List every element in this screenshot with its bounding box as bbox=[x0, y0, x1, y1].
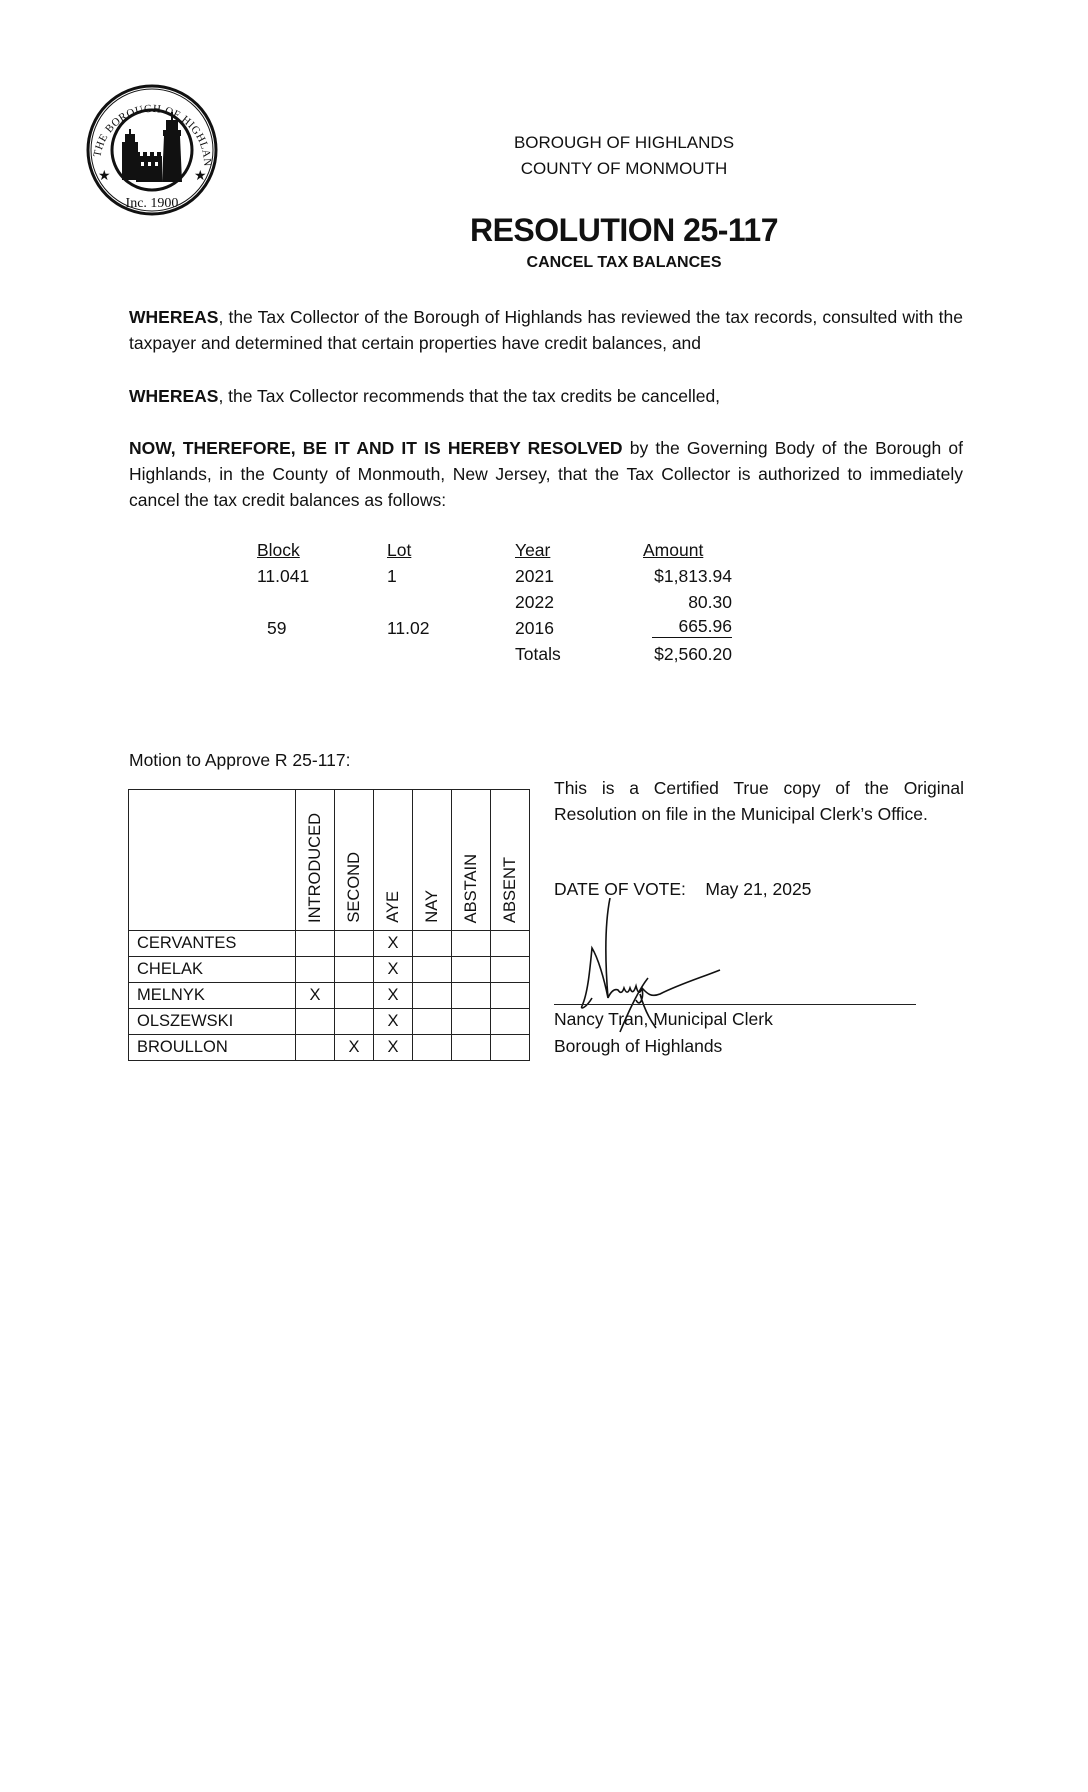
vote-row: CHELAKX bbox=[129, 957, 530, 983]
vote-mark-introduced bbox=[296, 1009, 335, 1035]
date-label: DATE OF VOTE: bbox=[554, 879, 686, 899]
vote-mark-introduced bbox=[296, 931, 335, 957]
vote-mark-nay bbox=[413, 1009, 452, 1035]
whereas-paragraph-1: WHEREAS, the Tax Collector of the Boroug… bbox=[129, 304, 963, 356]
borough-name: BOROUGH OF HIGHLANDS bbox=[80, 130, 1088, 156]
vote-mark-second bbox=[335, 983, 374, 1009]
whereas-paragraph-2: WHEREAS, the Tax Collector recommends th… bbox=[129, 383, 963, 409]
cell-amount: 665.96 bbox=[652, 615, 732, 638]
resolution-title: RESOLUTION 25-117 bbox=[80, 212, 1088, 249]
totals-label: Totals bbox=[515, 641, 561, 667]
vote-mark-introduced bbox=[296, 957, 335, 983]
whereas-text: , the Tax Collector recommends that the … bbox=[218, 386, 720, 406]
cell-amount: 80.30 bbox=[688, 589, 732, 615]
vote-mark-introduced bbox=[296, 1035, 335, 1061]
vote-mark-second: X bbox=[335, 1035, 374, 1061]
member-name: BROULLON bbox=[129, 1035, 296, 1061]
cell-amount: $1,813.94 bbox=[654, 563, 732, 589]
vote-mark-nay bbox=[413, 957, 452, 983]
svg-text:Inc. 1900: Inc. 1900 bbox=[126, 196, 179, 211]
vote-mark-aye: X bbox=[374, 957, 413, 983]
certification-text: This is a Certified True copy of the Ori… bbox=[554, 775, 964, 827]
col-header-year: Year bbox=[515, 537, 550, 563]
vote-mark-aye: X bbox=[374, 1035, 413, 1061]
vote-mark-abstain bbox=[452, 1009, 491, 1035]
vote-mark-second bbox=[335, 931, 374, 957]
vote-mark-abstain bbox=[452, 957, 491, 983]
vote-mark-absent bbox=[491, 1035, 530, 1061]
roll-call-vote-table: INTRODUCED SECOND AYE NAY ABSTAIN ABSENT… bbox=[128, 789, 530, 1061]
member-name: CERVANTES bbox=[129, 931, 296, 957]
col-header-amount: Amount bbox=[643, 537, 703, 563]
vote-mark-abstain bbox=[452, 931, 491, 957]
vote-mark-absent bbox=[491, 957, 530, 983]
vote-mark-nay bbox=[413, 1035, 452, 1061]
col-header-lot: Lot bbox=[387, 537, 411, 563]
vote-mark-second bbox=[335, 957, 374, 983]
date-of-vote: DATE OF VOTE: May 21, 2025 bbox=[554, 879, 811, 900]
vote-mark-introduced: X bbox=[296, 983, 335, 1009]
vote-mark-absent bbox=[491, 931, 530, 957]
whereas-text: , the Tax Collector of the Borough of Hi… bbox=[129, 307, 963, 353]
col-second: SECOND bbox=[335, 790, 374, 931]
totals-amount: $2,560.20 bbox=[654, 641, 732, 667]
col-header-block: Block bbox=[257, 537, 300, 563]
motion-label: Motion to Approve R 25-117: bbox=[129, 750, 350, 771]
whereas-lead: WHEREAS bbox=[129, 386, 218, 406]
vote-mark-aye: X bbox=[374, 983, 413, 1009]
vote-mark-absent bbox=[491, 983, 530, 1009]
header-blank bbox=[129, 790, 296, 931]
cell-year: 2021 bbox=[515, 563, 554, 589]
vote-mark-abstain bbox=[452, 1035, 491, 1061]
cell-block: 11.041 bbox=[257, 563, 309, 589]
cell-block: 59 bbox=[267, 615, 286, 641]
resolved-lead: NOW, THEREFORE, BE IT AND IT IS HEREBY R… bbox=[129, 438, 623, 458]
cell-year: 2016 bbox=[515, 615, 554, 641]
resolution-subtitle: CANCEL TAX BALANCES bbox=[80, 254, 1088, 272]
resolved-paragraph: NOW, THEREFORE, BE IT AND IT IS HEREBY R… bbox=[129, 435, 963, 513]
vote-mark-abstain bbox=[452, 983, 491, 1009]
cell-year: 2022 bbox=[515, 589, 554, 615]
vote-row: OLSZEWSKIX bbox=[129, 1009, 530, 1035]
col-absent: ABSENT bbox=[491, 790, 530, 931]
date-value: May 21, 2025 bbox=[705, 879, 811, 899]
clerk-name: Nancy Tran, Municipal Clerk bbox=[554, 1009, 773, 1030]
col-abstain: ABSTAIN bbox=[452, 790, 491, 931]
col-introduced: INTRODUCED bbox=[296, 790, 335, 931]
col-aye: AYE bbox=[374, 790, 413, 931]
member-name: CHELAK bbox=[129, 957, 296, 983]
clerk-organization: Borough of Highlands bbox=[554, 1036, 722, 1057]
cell-lot: 1 bbox=[387, 563, 397, 589]
vote-mark-nay bbox=[413, 931, 452, 957]
cell-lot: 11.02 bbox=[387, 615, 430, 641]
vote-mark-aye: X bbox=[374, 931, 413, 957]
vote-mark-absent bbox=[491, 1009, 530, 1035]
signature-line bbox=[554, 1004, 916, 1005]
vote-mark-aye: X bbox=[374, 1009, 413, 1035]
vote-row: MELNYKXX bbox=[129, 983, 530, 1009]
vote-row: BROULLONXX bbox=[129, 1035, 530, 1061]
col-nay: NAY bbox=[413, 790, 452, 931]
member-name: OLSZEWSKI bbox=[129, 1009, 296, 1035]
vote-row: CERVANTESX bbox=[129, 931, 530, 957]
county-name: COUNTY OF MONMOUTH bbox=[80, 156, 1088, 182]
whereas-lead: WHEREAS bbox=[129, 307, 218, 327]
vote-mark-second bbox=[335, 1009, 374, 1035]
member-name: MELNYK bbox=[129, 983, 296, 1009]
vote-mark-nay bbox=[413, 983, 452, 1009]
